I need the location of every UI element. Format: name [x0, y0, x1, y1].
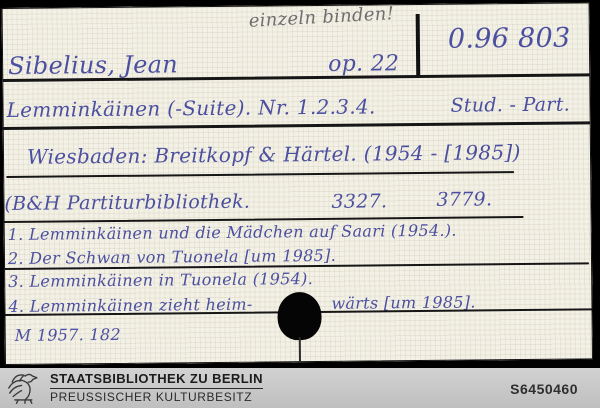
library-subtitle: PREUSSISCHER KULTURBESITZ — [50, 390, 252, 404]
ruled-line-3 — [6, 171, 514, 178]
ruled-line-2 — [3, 121, 591, 130]
accession-number: M 1957. 182 — [15, 325, 121, 345]
scan-id: S6450460 — [510, 381, 578, 397]
imprint: Wiesbaden: Breitkopf & Härtel. (1954 - [… — [27, 140, 521, 169]
scanner-footer-bar: STAATSBIBLIOTHEK ZU BERLIN PREUSSISCHER … — [0, 368, 600, 408]
catalog-card-scan: einzeln binden! 0.96 803 Sibelius, Jean … — [0, 0, 600, 408]
punch-hole-slit — [299, 337, 301, 362]
punch-hole — [277, 292, 321, 340]
catalog-card: einzeln binden! 0.96 803 Sibelius, Jean … — [2, 2, 593, 365]
format-note: Stud. - Part. — [450, 94, 570, 117]
author-heading: Sibelius, Jean — [8, 50, 178, 80]
plate-number-2: 3779. — [436, 188, 492, 211]
library-identity: STAATSBIBLIOTHEK ZU BERLIN PREUSSISCHER … — [50, 371, 263, 405]
plate-number-1: 3327. — [331, 190, 387, 213]
series-statement: (B&H Partiturbibliothek. — [4, 191, 250, 215]
contents-item-3: 3. Lemminkäinen in Tuonela (1954). — [8, 269, 313, 291]
pencil-note: einzeln binden! — [248, 3, 395, 32]
opus-number: op. 22 — [328, 51, 399, 77]
prussian-eagle-icon — [6, 371, 44, 405]
work-title: Lemminkäinen (-Suite). Nr. 1.2.3.4. — [6, 94, 375, 122]
shelfmark-divider-line — [416, 14, 421, 78]
shelfmark: 0.96 803 — [448, 23, 571, 55]
contents-item-1: 1. Lemminkäinen und die Mädchen auf Saar… — [8, 221, 457, 244]
library-name: STAATSBIBLIOTHEK ZU BERLIN — [50, 372, 263, 389]
